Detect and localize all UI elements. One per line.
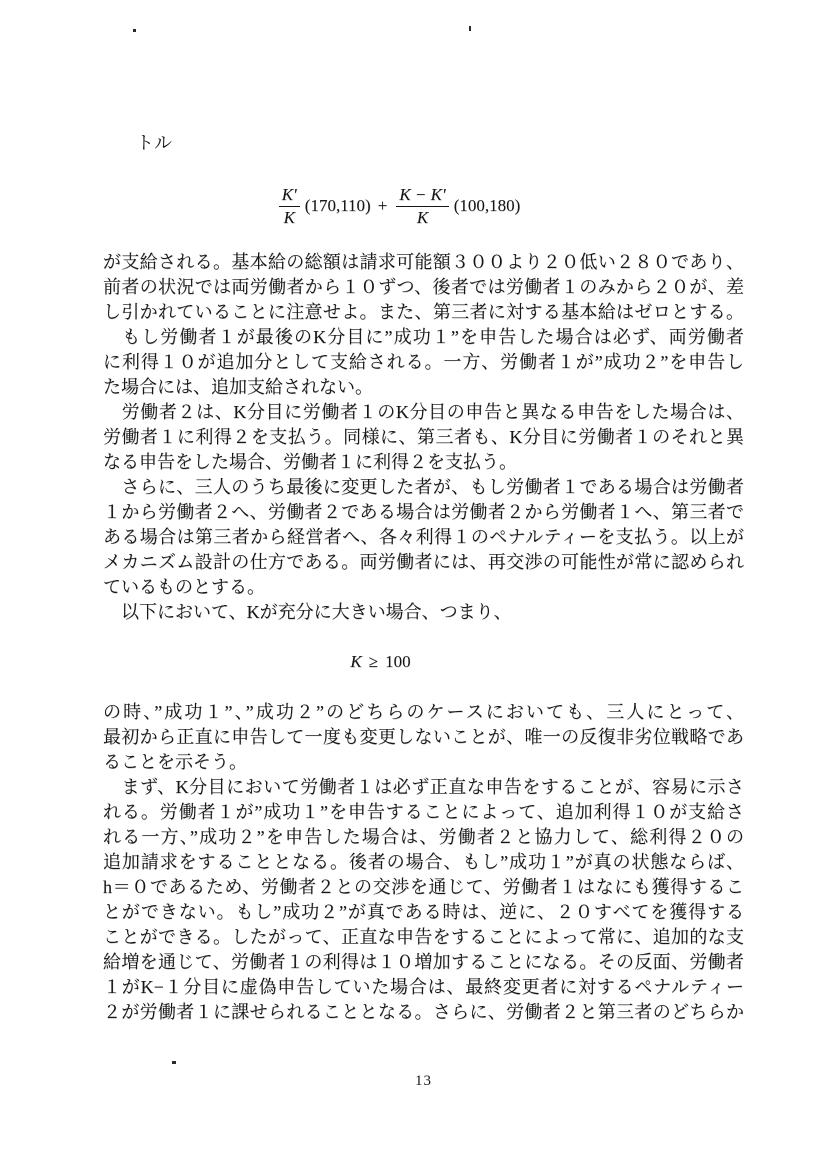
text-line: し引かれていることに注意せよ。また、第三者に対する基本給はゼロとする。	[103, 300, 744, 325]
text-line: ２が労働者１に課せられることとなる。さらに、労働者２と第三者のどちらか	[103, 1000, 744, 1025]
text-line: 最初から正直に申告して一度も変更しないことが、唯一の反復非劣位戦略であ	[103, 725, 744, 750]
fraction-numerator: K′	[279, 185, 300, 206]
text-line: の時、”成功１”、”成功２”のどちらのケースにおいても、三人にとって、	[103, 700, 744, 725]
text-line: 追加請求をすることとなる。後者の場合、もし”成功１”が真の状態ならば、	[103, 850, 744, 875]
base-wage-formula: K′ K (170,110) + K − K′ K (100,180)	[103, 180, 744, 232]
text-line: 以下において、Kが充分に大きい場合、つまり、	[103, 600, 744, 625]
fraction-denominator: K	[284, 207, 295, 227]
text-line: １から労働者２へ、労働者２である場合は労働者２から労働者１へ、第三者で	[103, 500, 744, 525]
fraction-k-minus-kprime-over-k: K − K′ K	[396, 185, 448, 226]
text-line: メカニズム設計の仕方である。両労働者には、再交渉の可能性が常に認められ	[103, 550, 744, 575]
formula-constant: 100	[385, 652, 411, 672]
text-line: ことができる。したがって、正直な申告をすることによって常に、追加的な支	[103, 925, 744, 950]
payoff-vector-1: (170,110)	[305, 196, 371, 216]
text-line: まず、K分目において労働者１は必ず正直な申告をすることが、容易に示さ	[103, 775, 744, 800]
text-line: れる一方、”成功２”を申告した場合は、労働者２と協力して、総利得２０の	[103, 825, 744, 850]
text-line: さらに、三人のうち最後に変更した者が、もし労働者１である場合は労働者	[103, 475, 744, 500]
plus-operator: +	[378, 196, 388, 216]
body-text-block-1: が支給される。基本給の総額は請求可能額３００より２０低い２８０であり、 前者の状…	[103, 250, 744, 625]
text-line: 労働者１に利得２を支払う。同様に、第三者も、K分目に労働者１のそれと異	[103, 425, 744, 450]
text-line: １がK−１分目に虚偽申告していた場合は、最終変更者に対するペナルティー	[103, 975, 744, 1000]
text-line: が支給される。基本給の総額は請求可能額３００より２０低い２８０であり、	[103, 250, 744, 275]
scanned-paper-page: トル K′ K (170,110) + K − K′ K (100,180) が…	[0, 0, 827, 1170]
text-line: ることを示そう。	[103, 750, 744, 775]
fraction-k-prime-over-k: K′ K	[279, 185, 300, 226]
formula-variable: K	[350, 652, 361, 672]
text-line: h＝０であるため、労働者２との交渉を通じて、労働者１はなにも獲得するこ	[103, 875, 744, 900]
text-line: れる。労働者１が”成功１”を申告することによって、追加利得１０が支給さ	[103, 800, 744, 825]
text-line: に利得１０が追加分として支給される。一方、労働者１が”成功２”を申告し	[103, 350, 744, 375]
text-line: ているものとする。	[103, 575, 744, 600]
text-line: 給増を通じて、労働者１の利得は１０増加することになる。その反面、労働者	[103, 950, 744, 975]
scan-speck	[172, 1061, 176, 1064]
text-line: もし労働者１が最後のK分目に”成功１”を申告した場合は必ず、両労働者	[103, 325, 744, 350]
fraction-denominator: K	[417, 207, 428, 227]
page-number: 13	[103, 1073, 744, 1090]
k-condition-formula: K ≥ 100	[103, 648, 744, 676]
scan-speck	[133, 29, 136, 32]
text-line: 労働者２は、K分目に労働者１のK分目の申告と異なる申告をした場合は、	[103, 400, 744, 425]
text-line: 前者の状況では両労働者から１０ずつ、後者では労働者１のみから２０が、差	[103, 275, 744, 300]
fraction-numerator: K − K′	[396, 185, 448, 206]
text-line: ある場合は第三者から経営者へ、各々利得１のペナルティーを支払う。以上が	[103, 525, 744, 550]
carryover-text-fragment: トル	[136, 131, 172, 156]
scan-speck	[469, 26, 471, 31]
body-text-block-2: の時、”成功１”、”成功２”のどちらのケースにおいても、三人にとって、 最初から…	[103, 700, 744, 1025]
payoff-vector-2: (100,180)	[454, 196, 521, 216]
greater-equal-operator: ≥	[369, 652, 378, 672]
text-line: とができない。もし”成功２”が真である時は、逆に、２０すべてを獲得する	[103, 900, 744, 925]
text-line: なる申告をした場合、労働者１に利得２を支払う。	[103, 450, 744, 475]
text-line: た場合には、追加支給されない。	[103, 375, 744, 400]
